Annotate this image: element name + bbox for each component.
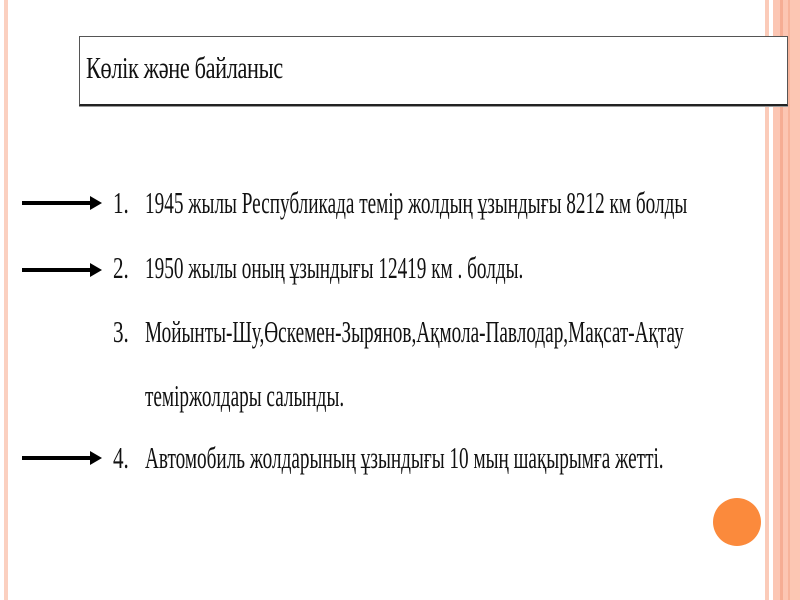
- slide-title-box: Көлік және байланыс: [79, 36, 788, 106]
- right-border-line: [788, 0, 790, 600]
- item-number: 2.: [113, 250, 129, 286]
- arrow-right-icon: [22, 268, 100, 272]
- item-number: 4.: [113, 440, 129, 476]
- arrow-right-icon: [22, 456, 100, 460]
- arrow-right-icon: [22, 201, 100, 205]
- left-border-stripe: [4, 0, 8, 600]
- decorative-circle: [713, 498, 761, 546]
- item-number: 1.: [113, 185, 129, 221]
- item-text: Автомобиль жолдарының ұзындығы 10 мың ша…: [145, 440, 664, 476]
- slide-title: Көлік және байланыс: [86, 50, 283, 86]
- item-text: 1945 жылы Республикада темір жолдың ұзын…: [145, 185, 687, 221]
- item-text-continuation: теміржолдары салынды.: [145, 378, 344, 414]
- item-text: Мойынты-Шу,Өскемен-Зырянов,Ақмола-Павлод…: [145, 314, 684, 350]
- item-text: 1950 жылы оның ұзындығы 12419 км . болды…: [145, 250, 523, 286]
- item-number: 3.: [113, 314, 129, 350]
